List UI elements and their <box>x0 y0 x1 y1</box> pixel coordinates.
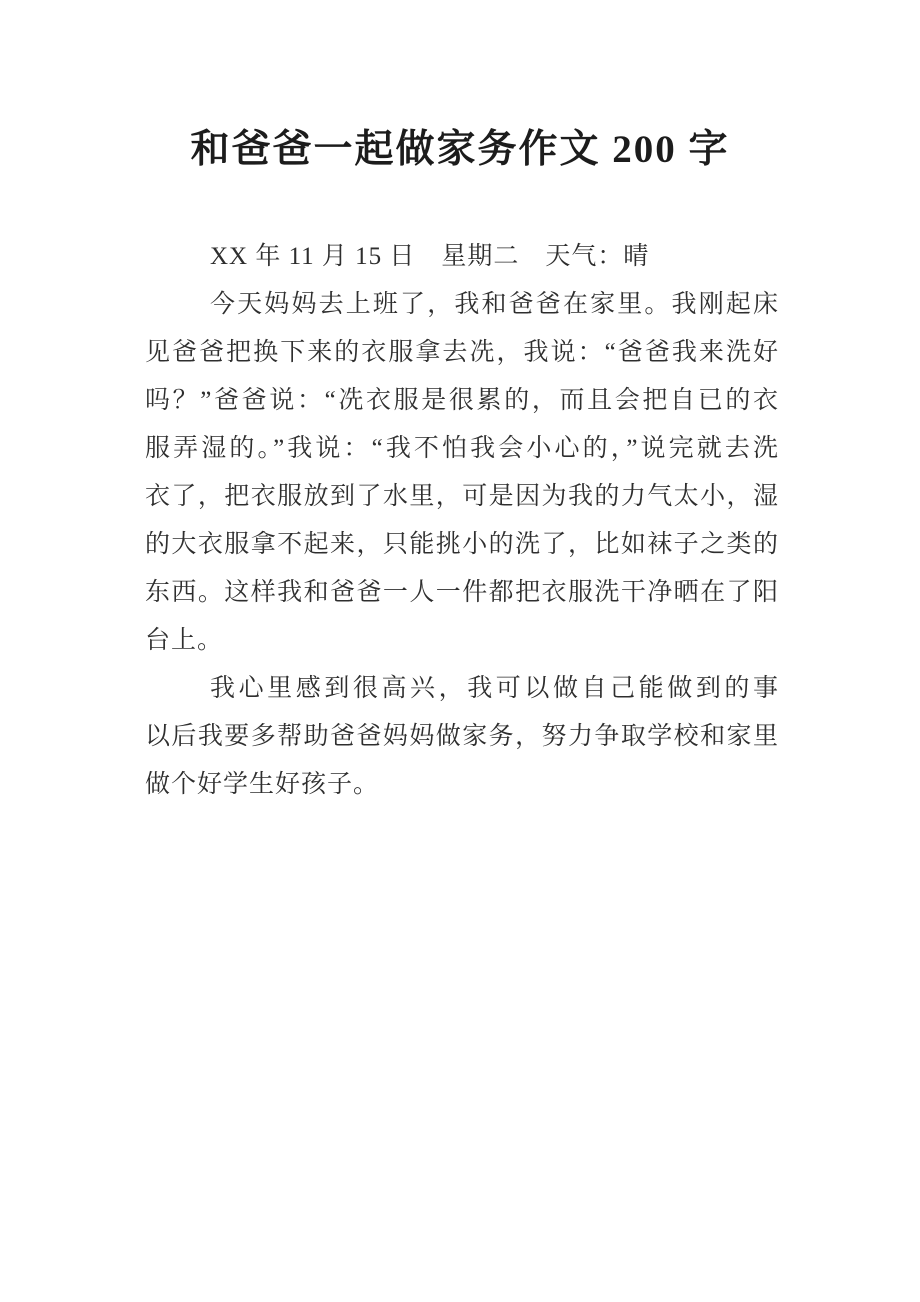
document-body: XX 年 11 月 15 日 星期二 天气：晴 今天妈妈去上班了，我和爸爸在家里… <box>145 233 779 809</box>
body-text-line: 台上。 <box>145 617 779 665</box>
document-page: 和爸爸一起做家务作文 200 字 XX 年 11 月 15 日 星期二 天气：晴… <box>0 0 920 1302</box>
body-text-line: 今天妈妈去上班了，我和爸爸在家里。我刚起床看 <box>145 281 779 329</box>
body-text-line: 见爸爸把换下来的衣服拿去冼，我说：“爸爸我来洗好 <box>145 329 779 377</box>
body-text-line: 东西。这样我和爸爸一人一件都把衣服洗干净晒在了阳 <box>145 569 779 617</box>
body-text-line: 做个好学生好孩子。 <box>145 761 779 809</box>
body-text-line: 以后我要多帮助爸爸妈妈做家务，努力争取学校和家里 <box>145 713 779 761</box>
date-line: XX 年 11 月 15 日 星期二 天气：晴 <box>145 233 779 281</box>
body-text-line: 吗？”爸爸说：“冼衣服是很累的，而且会把自已的衣 <box>145 377 779 425</box>
page-title: 和爸爸一起做家务作文 200 字 <box>0 118 920 174</box>
body-text-line: 服弄湿的。”我说：“我不怕我会小心的，”说完就去洗 <box>145 425 779 473</box>
body-text-line: 的大衣服拿不起来，只能挑小的洗了，比如袜子之类的 <box>145 521 779 569</box>
body-text-line: 衣了，把衣服放到了水里，可是因为我的力气太小，湿 <box>145 473 779 521</box>
body-text-line: 我心里感到很高兴，我可以做自己能做到的事情， <box>145 665 779 713</box>
